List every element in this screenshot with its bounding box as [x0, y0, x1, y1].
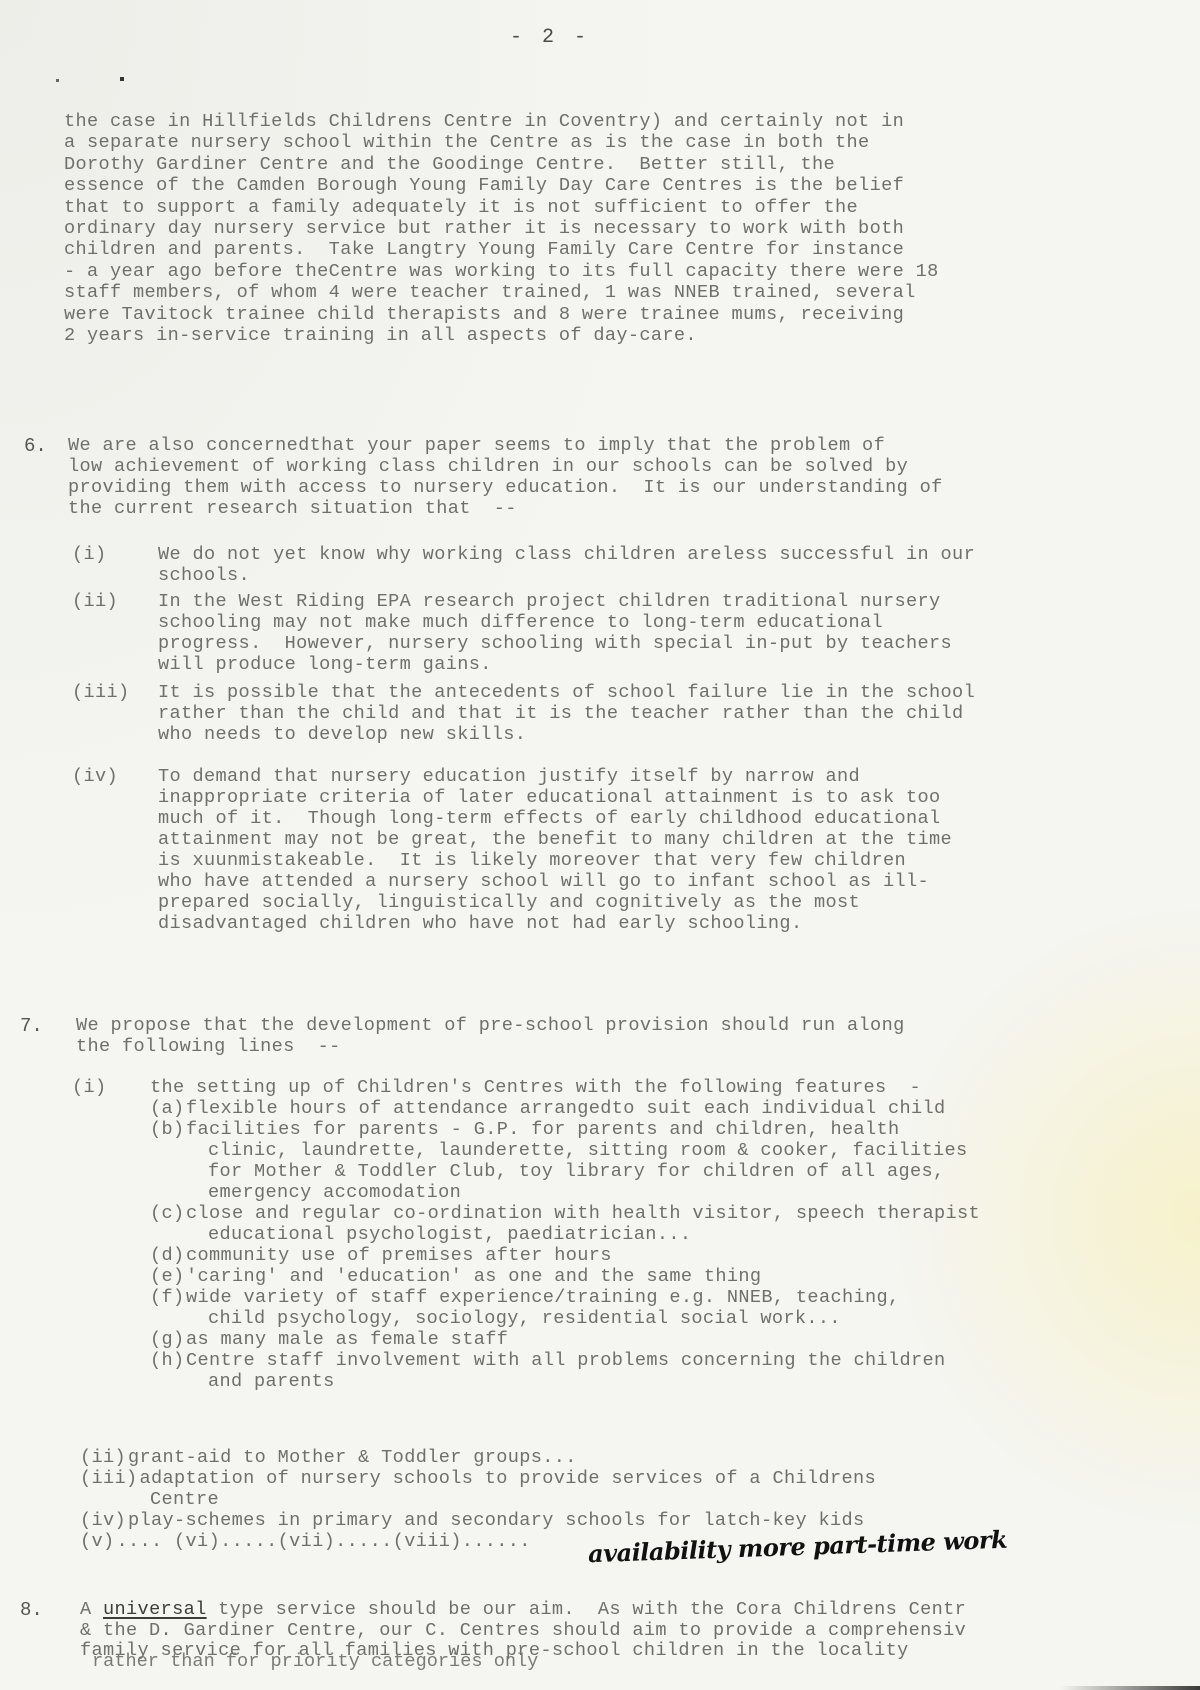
item-line: grant-aid to Mother & Toddler groups... [128, 1448, 577, 1468]
paragraph-line: that to support a family adequately it i… [64, 198, 858, 218]
scan-edge-shadow [1060, 1686, 1200, 1690]
section-8-line-2: & the D. Gardiner Centre, our C. Centres… [80, 1621, 966, 1641]
section-8-number: 8. [20, 1600, 43, 1620]
paragraph-line: - a year ago before theCentre was workin… [64, 262, 939, 282]
feature-line: wide variety of staff experience/trainin… [186, 1288, 900, 1308]
point-line: To demand that nursery education justify… [158, 767, 860, 787]
point-label: (iv) [72, 767, 118, 787]
paragraph-line: 2 years in-service training in all aspec… [64, 326, 697, 346]
feature-line: for Mother & Toddler Club, toy library f… [208, 1162, 945, 1182]
feature-line: as many male as female staff [186, 1330, 508, 1350]
section-6-number: 6. [24, 436, 47, 456]
paragraph-line: the case in Hillfields Childrens Centre … [64, 112, 904, 132]
feature-line: Centre staff involvement with all proble… [186, 1351, 946, 1371]
feature-line: child psychology, sociology, residential… [208, 1309, 841, 1329]
feature-line: and parents [208, 1372, 335, 1392]
section-8-line-1: A universal type service should be our a… [80, 1600, 966, 1620]
section-6-intro-line: We are also concernedthat your paper see… [68, 436, 885, 456]
feature-line: educational psychologist, paediatrician.… [208, 1225, 691, 1245]
point-label: (ii) [72, 592, 118, 612]
paragraph-line: staff members, of whom 4 were teacher tr… [64, 283, 916, 303]
point-line: much of it. Though long-term effects of … [158, 809, 941, 829]
point-line: We do not yet know why working class chi… [158, 545, 975, 565]
feature-line: close and regular co-ordination with hea… [186, 1204, 980, 1224]
point-label: (i) [72, 545, 107, 565]
paragraph-line: ordinary day nursery service but rather … [64, 219, 904, 239]
section-7-intro-line: We propose that the development of pre-s… [76, 1016, 905, 1036]
punch-mark-1 [56, 79, 59, 82]
point-line: will produce long-term gains. [158, 655, 492, 675]
point-line: is xuunmistakeable. It is likely moreove… [158, 851, 906, 871]
underlined-universal: universal [103, 1599, 207, 1620]
point-line: progress. However, nursery schooling wit… [158, 634, 952, 654]
section-7-intro-line: the following lines -- [76, 1037, 341, 1057]
feature-label: (c) [150, 1204, 185, 1224]
feature-label: (d) [150, 1246, 185, 1266]
section-8-overtyped-line: rather than for priority categories only [92, 1652, 538, 1672]
feature-label: (g) [150, 1330, 185, 1350]
item-label: (ii) [80, 1448, 126, 1468]
point-line: It is possible that the antecedents of s… [158, 683, 975, 703]
point-line: attainment may not be great, the benefit… [158, 830, 952, 850]
feature-line: clinic, laundrette, launderette, sitting… [208, 1141, 968, 1161]
point-label: (iii) [72, 683, 130, 703]
item-line: play-schemes in primary and secondary sc… [128, 1511, 865, 1531]
item-label: (v) [80, 1532, 115, 1552]
section-6-intro-line: providing them with access to nursery ed… [68, 478, 943, 498]
point-line: who needs to develop new skills. [158, 725, 526, 745]
item-label: (iii) [80, 1469, 138, 1489]
item-i-label: (i) [72, 1078, 107, 1098]
point-line: schooling may not make much difference t… [158, 613, 883, 633]
item-i-text: the setting up of Children's Centres wit… [150, 1078, 921, 1098]
point-line: In the West Riding EPA research project … [158, 592, 941, 612]
point-line: disadvantaged children who have not had … [158, 914, 802, 934]
item-line: Centre [150, 1490, 219, 1510]
section-6-intro-line: low achievement of working class childre… [68, 457, 908, 477]
paragraph-line: Dorothy Gardiner Centre and the Goodinge… [64, 155, 835, 175]
point-line: inappropriate criteria of later educatio… [158, 788, 941, 808]
paragraph-line: essence of the Camden Borough Young Fami… [64, 176, 904, 196]
feature-line: emergency accomodation [208, 1183, 461, 1203]
punch-mark-2 [120, 77, 124, 81]
section-6-intro-line: the current research situation that -- [68, 499, 517, 519]
feature-line: flexible hours of attendance arrangedto … [186, 1099, 946, 1119]
feature-label: (b) [150, 1120, 185, 1140]
point-line: schools. [158, 566, 250, 586]
feature-label: (h) [150, 1351, 185, 1371]
feature-line: facilities for parents - G.P. for parent… [186, 1120, 900, 1140]
point-line: who have attended a nursery school will … [158, 872, 929, 892]
feature-line: community use of premises after hours [186, 1246, 612, 1266]
feature-label: (a) [150, 1099, 185, 1119]
paragraph-line: children and parents. Take Langtry Young… [64, 240, 904, 260]
item-label: (iv) [80, 1511, 126, 1531]
feature-label: (e) [150, 1267, 185, 1287]
item-line: adaptation of nursery schools to provide… [140, 1469, 877, 1489]
point-line: rather than the child and that it is the… [158, 704, 964, 724]
feature-label: (f) [150, 1288, 185, 1308]
feature-line: 'caring' and 'education' as one and the … [186, 1267, 761, 1287]
section-7-number: 7. [20, 1016, 43, 1036]
paragraph-line: a separate nursery school within the Cen… [64, 133, 870, 153]
paragraph-line: were Tavitock trainee child therapists a… [64, 305, 904, 325]
item-line: .... (vi).....(vii).....(viii)...... [117, 1532, 531, 1552]
page-number: - 2 - [0, 26, 1100, 49]
point-line: prepared socially, linguistically and co… [158, 893, 860, 913]
